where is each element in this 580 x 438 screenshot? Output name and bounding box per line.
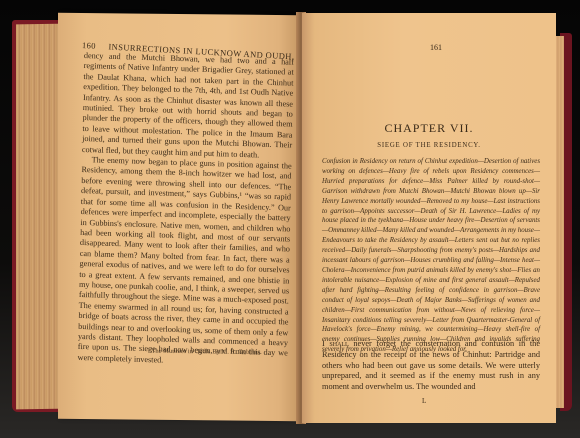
right-page: 161 CHAPTER VII. SIEGE OF THE RESIDENCY.… bbox=[302, 13, 556, 423]
left-page: 160 INSURRECTIONS IN LUCKNOW AND OUDH. d… bbox=[58, 13, 298, 422]
paragraph: never forget the consternation and confu… bbox=[322, 339, 540, 391]
paragraph: dency and the Mutchi Bhowan, we had two … bbox=[82, 51, 294, 162]
chapter-subtitle: SIEGE OF THE RESIDENCY. bbox=[302, 142, 556, 149]
signature-mark: L bbox=[422, 397, 426, 405]
chapter-synopsis: Confusion in Residency on return of Chin… bbox=[322, 157, 540, 355]
paragraph: The enemy now began to place guns in pos… bbox=[77, 155, 291, 370]
drop-lead: I shall bbox=[322, 339, 349, 348]
page-number-left: 160 bbox=[82, 40, 96, 51]
right-page-body: I shall never forget the consternation a… bbox=[322, 339, 540, 393]
page-number-right: 161 bbox=[430, 43, 442, 52]
chapter-title: CHAPTER VII. bbox=[302, 121, 556, 136]
left-page-body: dency and the Mutchi Bhowan, we had two … bbox=[77, 51, 293, 370]
